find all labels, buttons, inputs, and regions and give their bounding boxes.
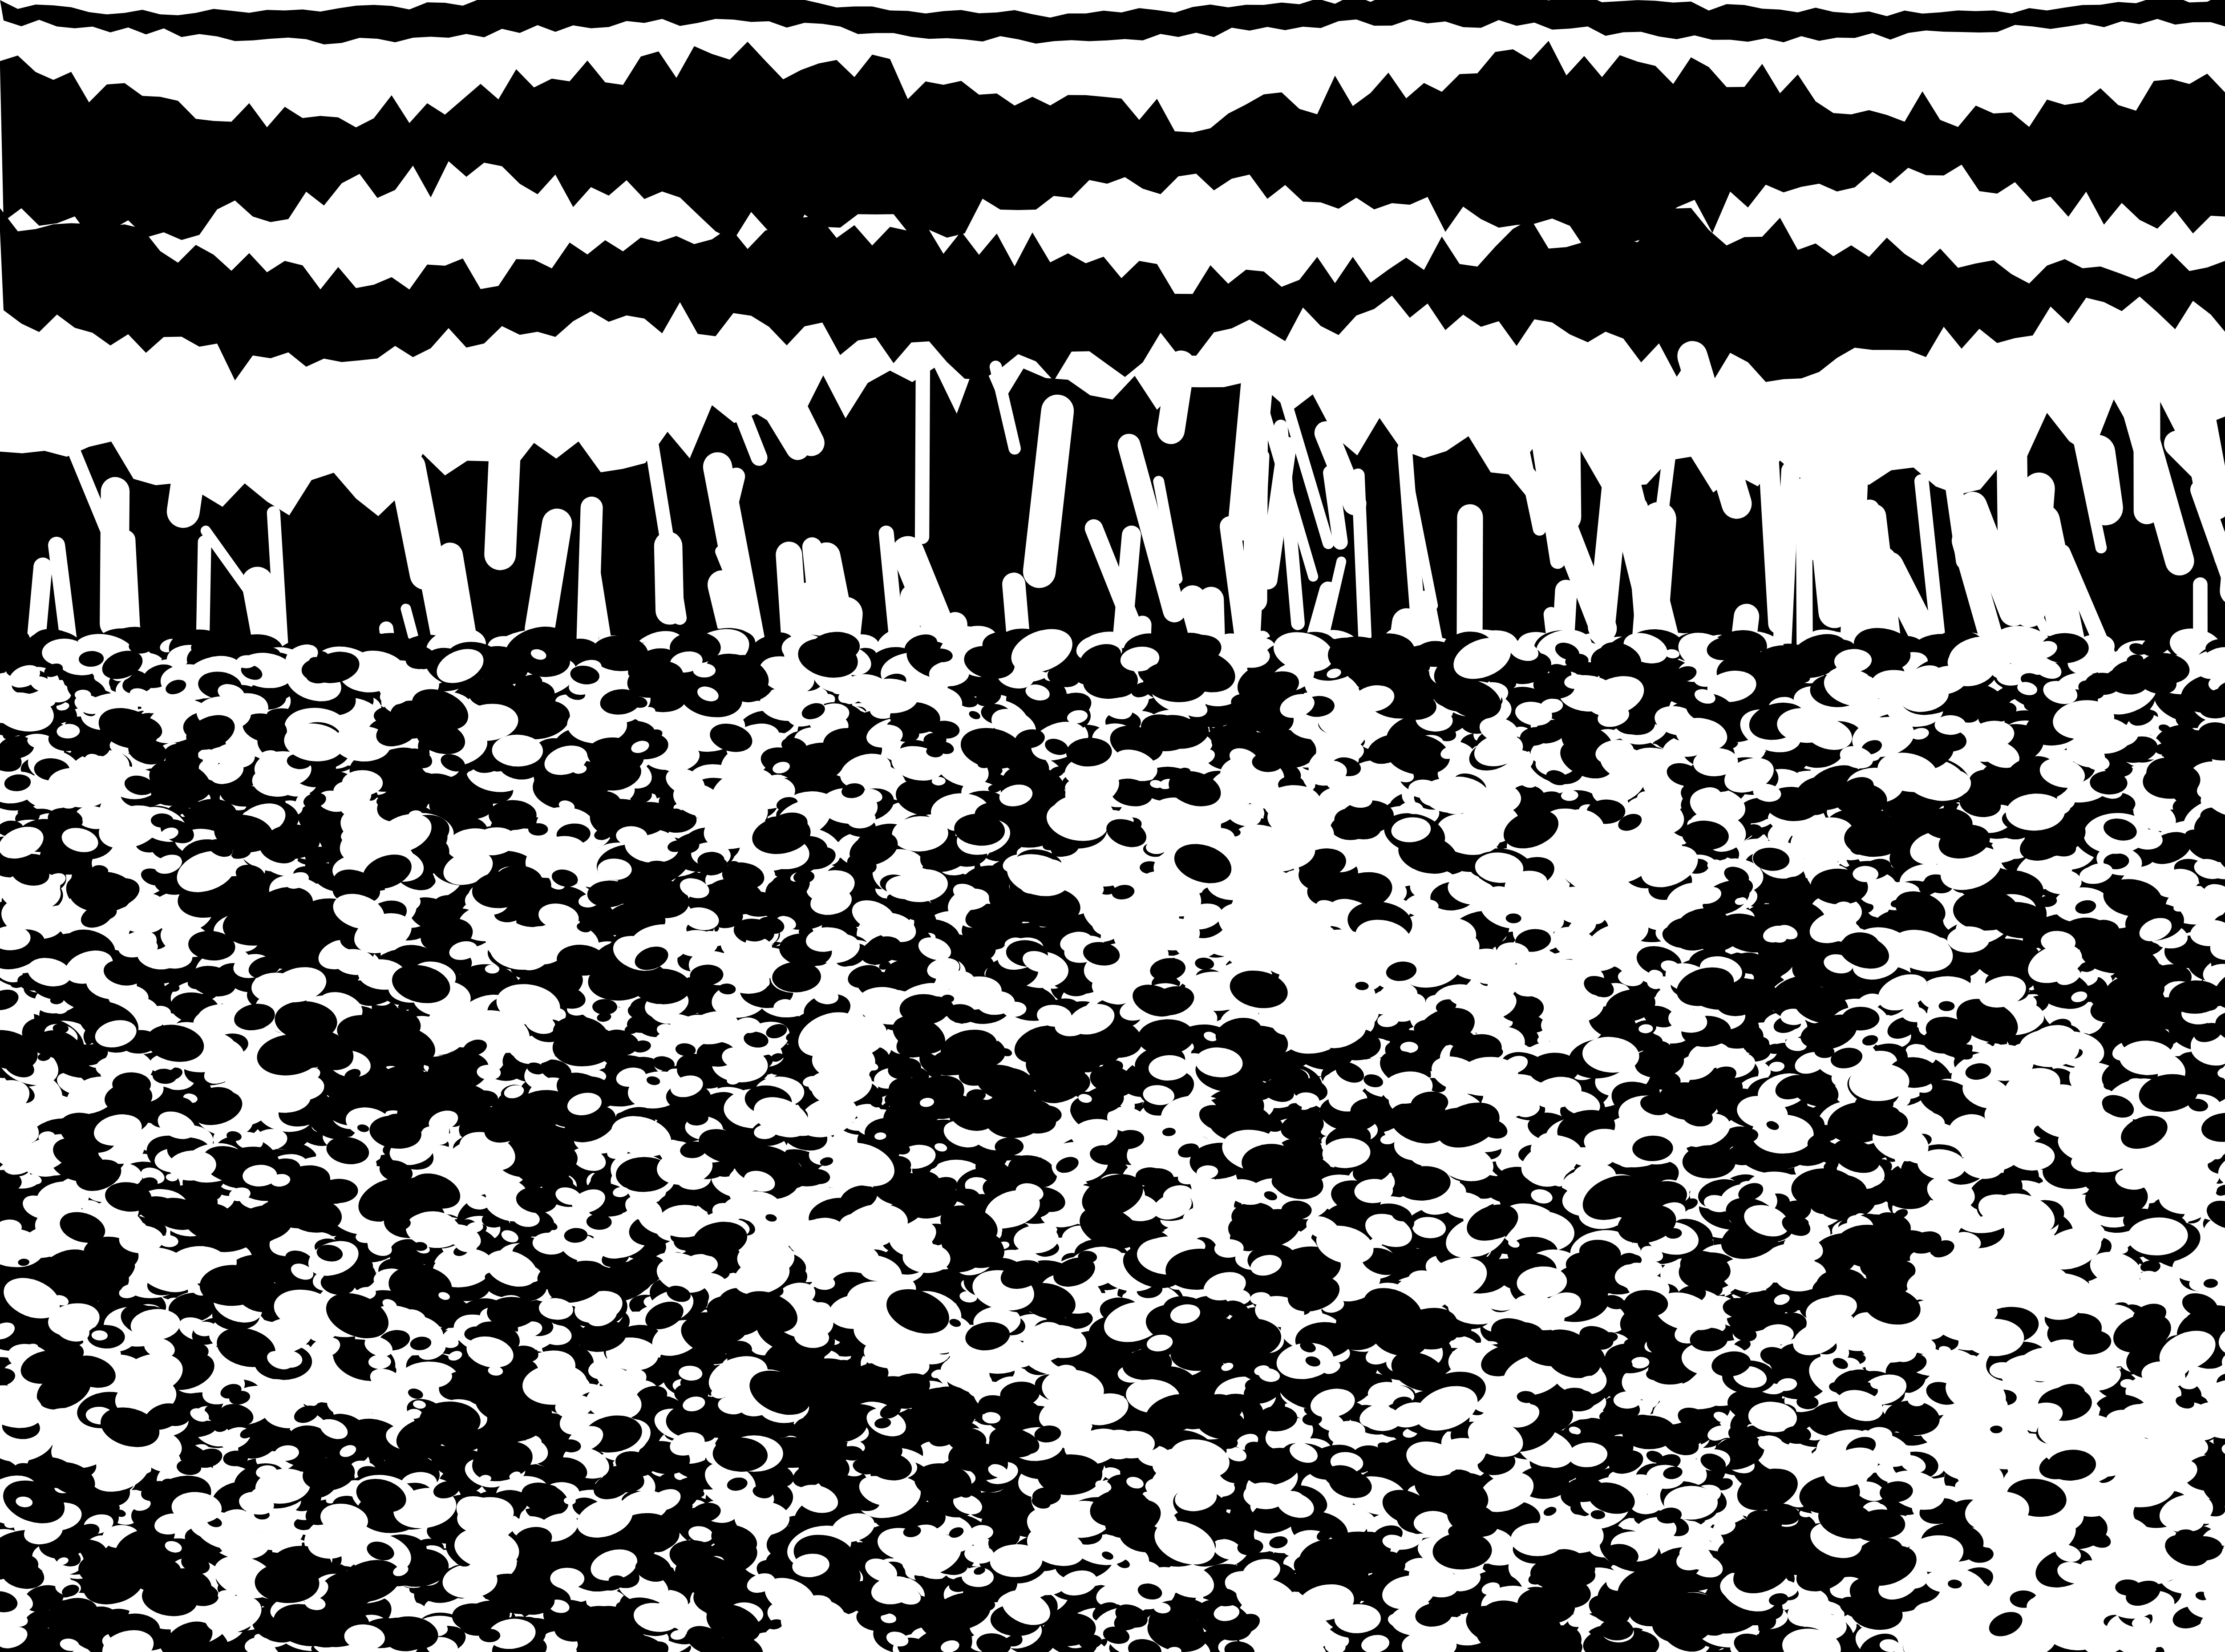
thresholded-landscape-photo [0, 0, 2225, 1652]
